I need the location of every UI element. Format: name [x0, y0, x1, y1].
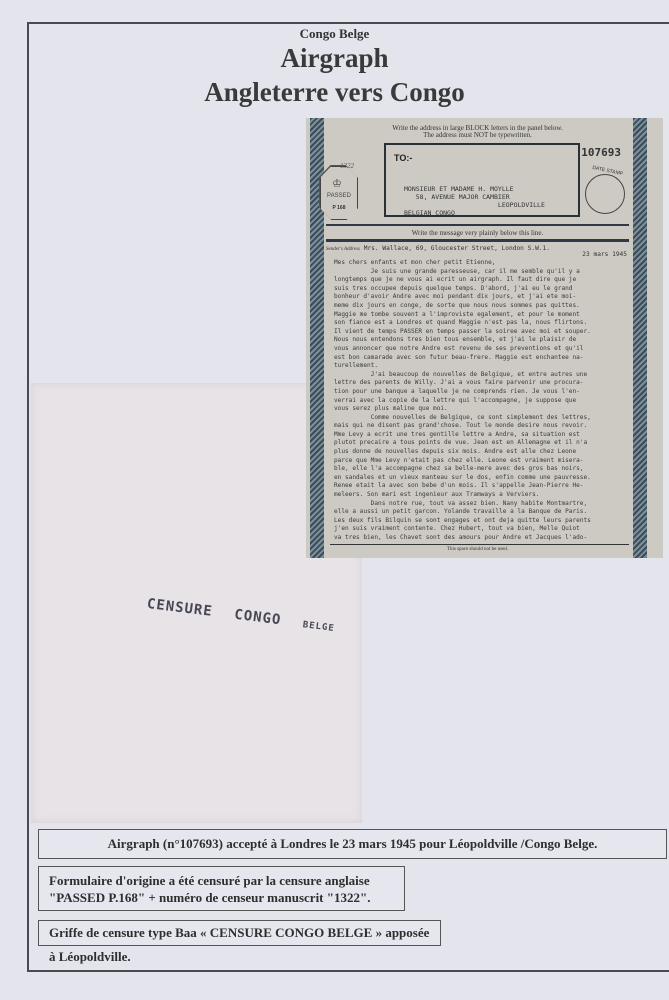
- crown-icon: ♔: [332, 177, 342, 190]
- message-instruction: Write the message very plainly below thi…: [326, 229, 629, 237]
- right-stripe-border: [633, 118, 647, 558]
- manuscript-censor-number: 1322: [340, 162, 354, 170]
- to-label: TO:-: [394, 153, 412, 163]
- divider: [326, 239, 629, 242]
- address-instruction-2: The address must NOT be typewritten.: [326, 131, 629, 139]
- caption-acceptance: Airgraph (n°107693) accepté à Londres le…: [38, 829, 667, 859]
- date-stamp-circle: [585, 174, 625, 214]
- passed-censor-stamp: ♔ PASSED P 168: [320, 166, 358, 220]
- divider: [326, 224, 629, 226]
- recipient-address: MONSIEUR ET MADAME H. MOYLLE 58, AVENUE …: [404, 185, 545, 217]
- divider: [330, 544, 629, 545]
- caption-british-censor: Formulaire d'origine a été censuré par l…: [38, 866, 405, 911]
- bottom-instruction: This space should not be used.: [326, 547, 629, 552]
- letter-date: 23 mars 1945: [582, 251, 627, 258]
- passed-number: P 168: [321, 205, 357, 211]
- serial-number: 107693: [581, 146, 621, 159]
- address-panel: TO:- MONSIEUR ET MADAME H. MOYLLE 58, AV…: [384, 143, 580, 217]
- page-route-title: Angleterre vers Congo: [0, 77, 669, 108]
- caption-congo-censor: Griffe de censure type Baa « CENSURE CON…: [38, 920, 441, 946]
- sender-address: Mrs. Wallace, 69, Gloucester Street, Lon…: [364, 245, 550, 252]
- sender-label: Sender's Address: [326, 247, 360, 252]
- letter-body: Mes chers enfants et mon cher petit Etie…: [334, 259, 625, 542]
- airgraph-form: Write the address in large BLOCK letters…: [306, 118, 663, 558]
- page-subtitle: Congo Belge: [0, 26, 669, 42]
- page-title: Airgraph: [0, 43, 669, 74]
- sender-line: Sender's Address Mrs. Wallace, 69, Glouc…: [326, 245, 550, 252]
- passed-text: PASSED: [321, 193, 357, 199]
